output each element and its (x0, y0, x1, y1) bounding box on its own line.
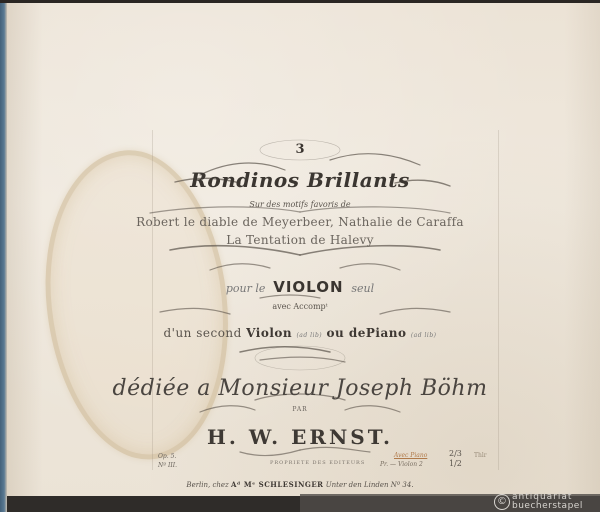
instrument-post: seul (351, 282, 374, 295)
copyright-icon: © (494, 494, 510, 510)
price-frac1: 2/3 (449, 449, 462, 459)
price-line1: Avec Piano (380, 451, 427, 460)
second-piano-adlib: (ad lib) (411, 332, 437, 339)
source-operas-line2: La Tentation de Halevy (0, 233, 600, 247)
rondino-count: 3 (0, 142, 600, 157)
price-frac2: 1/2 (449, 459, 462, 469)
second-violin-adlib: (ad lib) (296, 332, 322, 339)
composer-name: H. W. ERNST. (0, 425, 600, 449)
publisher-line: Berlin, chez Aᵈ Mᵉ SCHLESINGER Unter den… (0, 480, 600, 489)
antiquariat-watermark: © antiquariat buecherstapel (490, 492, 600, 512)
instrument-pre: pour le (226, 282, 266, 295)
work-title: Rondinos Brillants (0, 168, 600, 192)
instrumentation: pour le VIOLON seul (0, 278, 600, 296)
second-piano: Piano (366, 326, 407, 340)
currency-mark: Thlr (474, 451, 487, 461)
second-part-line: d'un second Violon (ad lib) ou dePiano (… (0, 326, 600, 340)
publisher-prefix: Berlin, chez (186, 481, 228, 489)
watermark-line2: buecherstapel (512, 502, 583, 511)
opus: Op. 5. (158, 453, 176, 460)
source-operas-line1: Robert le diable de Meyerbeer, Nathalie … (0, 215, 600, 229)
price-fractions: 2/3 1/2 (449, 449, 462, 469)
instrument-violon: VIOLON (273, 278, 343, 296)
second-prefix: d'un second (163, 326, 241, 340)
opus-number: Nº III. (158, 462, 177, 469)
price-block: Avec Piano Pr. — Violon 2 (380, 451, 427, 469)
publisher-name: Aᵈ Mᵉ SCHLESINGER (231, 480, 324, 489)
accompaniment-note: avec Accompᵗ (0, 302, 600, 311)
second-or: ou de (326, 326, 365, 340)
subtitle: Sur des motifs favoris de (0, 200, 600, 209)
price-line2: Pr. — Violon 2 (380, 460, 427, 469)
property-notice: PROPRIETE DES EDITEURS (270, 460, 365, 466)
par-label: PAR (0, 406, 600, 413)
second-violin: Violon (246, 326, 292, 340)
dedication: dédiée a Monsieur Joseph Böhm (0, 376, 600, 401)
publisher-address: Unter den Linden Nº 34. (326, 481, 414, 489)
